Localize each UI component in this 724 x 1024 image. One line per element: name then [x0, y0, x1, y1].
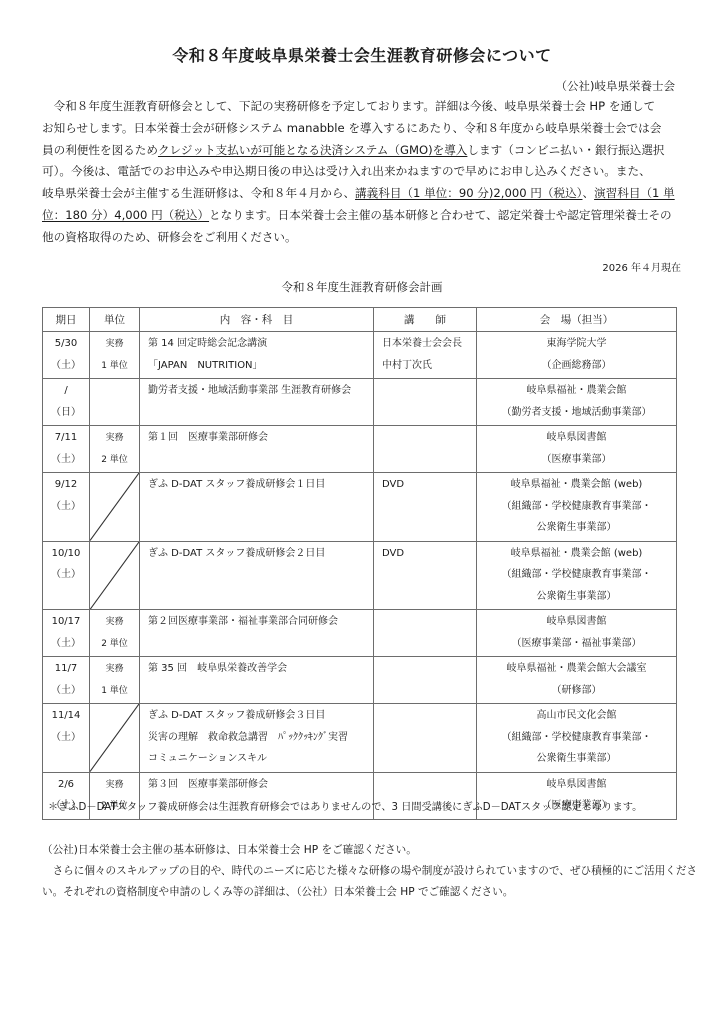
- content-cell: 第 35 回 岐阜県栄養改善学会: [140, 657, 374, 704]
- underlined-text: 演習科目（1 単: [594, 186, 675, 200]
- unit-cell-text: 実務: [90, 613, 139, 635]
- schedule-table: 期日 単位 内 容・科 目 講 師 会 場（担当） 5/30（土）実務1 単位第…: [42, 307, 677, 820]
- diagonal-slash-icon: [90, 473, 139, 541]
- header-date: 期日: [43, 308, 90, 332]
- venue-cell-text: 岐阜県図書館: [477, 613, 676, 635]
- content-cell-text: 第２回医療事業部・福祉事業部合同研修会: [148, 613, 373, 635]
- text-segment: 員の利便性を図るため: [42, 143, 158, 157]
- unit-cell: [90, 379, 140, 426]
- text-segment: となります。日本栄養士会主催の基本研修と合わせて、認定栄養士や認定管理栄養士その: [209, 208, 672, 222]
- intro-line: 岐阜県栄養士会が主催する生涯研修は、令和８年４月から、講義科目（1 単位：90 …: [42, 183, 682, 205]
- venue-cell-text: 公衆衛生事業部）: [477, 750, 676, 772]
- venue-cell: 岐阜県福祉・農業会館（勤労者支援・地域活動事業部）: [477, 379, 677, 426]
- content-cell: 第２回医療事業部・福祉事業部合同研修会: [140, 610, 374, 657]
- content-cell-text: ぎふ D-DAT スタッフ養成研修会３日目: [148, 707, 373, 729]
- closing-line: （公社)日本栄養士会主催の基本研修は、日本栄養士会 HP をご確認ください。: [42, 840, 682, 861]
- venue-cell-text: （医療事業部・福祉事業部）: [477, 635, 676, 657]
- date-cell-text: 10/10: [43, 545, 89, 567]
- lecturer-cell: [374, 379, 477, 426]
- content-cell: ぎふ D-DAT スタッフ養成研修会３日目災害の理解 救命救急講習 ﾊﾟｯｸｸｯ…: [140, 704, 374, 773]
- unit-cell-text: 実務: [90, 429, 139, 451]
- text-segment: 令和８年度生涯教育研修会として、下記の実務研修を予定しております。詳細は今後、岐…: [42, 99, 655, 113]
- lecturer-cell-text: 中村丁次氏: [382, 357, 476, 379]
- table-row: 7/11（土）実務2 単位第１回 医療事業部研修会岐阜県図書館（医療事業部）: [43, 426, 677, 473]
- unit-cell: 実務1 単位: [90, 657, 140, 704]
- lecturer-cell: 日本栄養士会会長中村丁次氏: [374, 332, 477, 379]
- content-cell-text: 第１回 医療事業部研修会: [148, 429, 373, 451]
- table-row: 10/10（土）ぎふ D-DAT スタッフ養成研修会２日目DVD岐阜県福祉・農業…: [43, 541, 677, 610]
- venue-cell-text: 岐阜県図書館: [477, 776, 676, 798]
- lecturer-cell: [374, 657, 477, 704]
- venue-cell-text: （組織部・学校健康教育事業部・: [477, 566, 676, 588]
- intro-line: お知らせします。日本栄養士会が研修システム manabble を導入するにあたり…: [42, 118, 682, 140]
- closing-paragraph: （公社)日本栄養士会主催の基本研修は、日本栄養士会 HP をご確認ください。 さ…: [42, 840, 682, 903]
- venue-cell: 高山市民文化会館（組織部・学校健康教育事業部・公衆衛生事業部）: [477, 704, 677, 773]
- header-content: 内 容・科 目: [140, 308, 374, 332]
- unit-cell-text: 1 単位: [90, 682, 139, 704]
- text-segment: 他の資格取得のため、研修会をご利用ください。: [42, 230, 297, 244]
- date-cell-text: 9/12: [43, 476, 89, 498]
- date-cell: 10/17（土）: [43, 610, 90, 657]
- content-cell-text: 「JAPAN NUTRITION」: [148, 357, 373, 379]
- table-row: /（日）勤労者支援・地域活動事業部 生涯教育研修会岐阜県福祉・農業会館（勤労者支…: [43, 379, 677, 426]
- intro-line: 他の資格取得のため、研修会をご利用ください。: [42, 227, 682, 249]
- unit-cell-text: 実務: [90, 776, 139, 798]
- date-cell-text: 2/6: [43, 776, 89, 798]
- venue-cell: 岐阜県福祉・農業会館 (web)（組織部・学校健康教育事業部・公衆衛生事業部）: [477, 541, 677, 610]
- lecturer-cell-text: 日本栄養士会会長: [382, 335, 476, 357]
- text-segment: お知らせします。日本栄養士会が研修システム manabble を導入するにあたり…: [42, 121, 661, 135]
- content-cell-text: コミュニケーションスキル: [148, 750, 373, 772]
- date-cell: 9/12（土）: [43, 473, 90, 542]
- venue-cell: 岐阜県福祉・農業会館 (web)（組織部・学校健康教育事業部・公衆衛生事業部）: [477, 473, 677, 542]
- venue-cell: 岐阜県図書館（医療事業部・福祉事業部）: [477, 610, 677, 657]
- table-row: 10/17（土）実務2 単位第２回医療事業部・福祉事業部合同研修会岐阜県図書館（…: [43, 610, 677, 657]
- intro-paragraph: 令和８年度生涯教育研修会として、下記の実務研修を予定しております。詳細は今後、岐…: [42, 96, 682, 249]
- venue-cell-text: 岐阜県福祉・農業会館大会議室: [477, 660, 676, 682]
- content-cell: ぎふ D-DAT スタッフ養成研修会２日目: [140, 541, 374, 610]
- venue-cell-text: 岐阜県図書館: [477, 429, 676, 451]
- venue-cell: 岐阜県図書館（医療事業部）: [477, 426, 677, 473]
- closing-line: さらに個々のスキルアップの目的や、時代のニーズに応じた様々な研修の場や制度が設け…: [42, 861, 682, 882]
- intro-line: 可）。今後は、電話でのお申込みや申込期日後の申込は受け入れ出来かねますので早めに…: [42, 161, 682, 183]
- content-cell-text: 勤労者支援・地域活動事業部 生涯教育研修会: [148, 382, 373, 404]
- date-cell-text: （土）: [43, 498, 89, 520]
- table-header-row: 期日 単位 内 容・科 目 講 師 会 場（担当）: [43, 308, 677, 332]
- underlined-text: クレジット支払いが可能となる決済システム（GMO)を導入: [158, 143, 467, 157]
- venue-cell-text: （勤労者支援・地域活動事業部）: [477, 404, 676, 426]
- text-segment: 岐阜県栄養士会が主催する生涯研修は、令和８年４月から、: [42, 186, 355, 200]
- intro-line: 員の利便性を図るためクレジット支払いが可能となる決済システム（GMO)を導入しま…: [42, 140, 682, 162]
- unit-cell-text: 実務: [90, 660, 139, 682]
- venue-cell-text: （研修部）: [477, 682, 676, 704]
- footnote: ＊ぎふD－DATスタッフ養成研修会は生涯教育研修会ではありませんので、3 日間受…: [48, 798, 642, 813]
- venue-cell-text: 公衆衛生事業部）: [477, 588, 676, 610]
- document-title: 令和８年度岐阜県栄養士会生涯教育研修会について: [0, 43, 724, 66]
- lecturer-cell-text: DVD: [382, 476, 476, 498]
- date-cell-text: （土）: [43, 682, 89, 704]
- unit-cell: [90, 541, 140, 610]
- date-cell: /（日）: [43, 379, 90, 426]
- table-title: 令和８年度生涯教育研修会計画: [0, 279, 724, 295]
- content-cell-text: 災害の理解 救命救急講習 ﾊﾟｯｸｸｯｷﾝｸﾞ実習: [148, 729, 373, 751]
- header-venue: 会 場（担当）: [477, 308, 677, 332]
- content-cell: 第１回 医療事業部研修会: [140, 426, 374, 473]
- venue-cell-text: （組織部・学校健康教育事業部・: [477, 729, 676, 751]
- lecturer-cell: [374, 426, 477, 473]
- content-cell: 第 14 回定時総会記念講演「JAPAN NUTRITION」: [140, 332, 374, 379]
- header-unit: 単位: [90, 308, 140, 332]
- venue-cell-text: 岐阜県福祉・農業会館: [477, 382, 676, 404]
- header-lecturer: 講 師: [374, 308, 477, 332]
- venue-cell-text: 岐阜県福祉・農業会館 (web): [477, 545, 676, 567]
- table-row: 5/30（土）実務1 単位第 14 回定時総会記念講演「JAPAN NUTRIT…: [43, 332, 677, 379]
- underlined-text: 位：180 分）4,000 円（税込）: [42, 208, 209, 222]
- table-row: 9/12（土）ぎふ D-DAT スタッフ養成研修会１日目DVD岐阜県福祉・農業会…: [43, 473, 677, 542]
- table-row: 11/7（土）実務1 単位第 35 回 岐阜県栄養改善学会岐阜県福祉・農業会館大…: [43, 657, 677, 704]
- date-cell-text: /: [43, 382, 89, 404]
- unit-cell: [90, 704, 140, 773]
- lecturer-cell: DVD: [374, 473, 477, 542]
- content-cell-text: 第 14 回定時総会記念講演: [148, 335, 373, 357]
- venue-cell-text: 公衆衛生事業部）: [477, 519, 676, 541]
- diagonal-slash-icon: [90, 704, 139, 772]
- lecturer-cell: [374, 704, 477, 773]
- unit-cell-text: 2 単位: [90, 635, 139, 657]
- venue-cell-text: （組織部・学校健康教育事業部・: [477, 498, 676, 520]
- intro-line: 位：180 分）4,000 円（税込）となります。日本栄養士会主催の基本研修と合…: [42, 205, 682, 227]
- date-cell: 11/7（土）: [43, 657, 90, 704]
- venue-cell-text: 東海学院大学: [477, 335, 676, 357]
- content-cell: ぎふ D-DAT スタッフ養成研修会１日目: [140, 473, 374, 542]
- date-cell-text: 11/7: [43, 660, 89, 682]
- unit-cell-text: 1 単位: [90, 357, 139, 379]
- content-cell-text: ぎふ D-DAT スタッフ養成研修会１日目: [148, 476, 373, 498]
- date-cell-text: 7/11: [43, 429, 89, 451]
- unit-cell: 実務1 単位: [90, 332, 140, 379]
- closing-line: い。それぞれの資格制度や申請のしくみ等の詳細は、（公社）日本栄養士会 HP でご…: [42, 882, 682, 903]
- venue-cell: 岐阜県福祉・農業会館大会議室（研修部）: [477, 657, 677, 704]
- date-cell: 10/10（土）: [43, 541, 90, 610]
- lecturer-cell: DVD: [374, 541, 477, 610]
- date-cell-text: （日）: [43, 404, 89, 426]
- text-segment: 、: [582, 186, 594, 200]
- venue-cell-text: （企画総務部）: [477, 357, 676, 379]
- content-cell-text: 第３回 医療事業部研修会: [148, 776, 373, 798]
- venue-cell-text: 高山市民文化会館: [477, 707, 676, 729]
- date-cell-text: 10/17: [43, 613, 89, 635]
- as-of-date: 2026 年４月現在: [602, 259, 681, 274]
- diagonal-slash-icon: [90, 542, 139, 610]
- date-cell-text: （土）: [43, 451, 89, 473]
- lecturer-cell-text: DVD: [382, 545, 476, 567]
- organization-name: （公社)岐阜県栄養士会: [556, 78, 676, 94]
- date-cell-text: （土）: [43, 357, 89, 379]
- date-cell: 5/30（土）: [43, 332, 90, 379]
- unit-cell: 実務2 単位: [90, 426, 140, 473]
- date-cell-text: （土）: [43, 729, 89, 751]
- date-cell-text: （土）: [43, 566, 89, 588]
- venue-cell: 東海学院大学（企画総務部）: [477, 332, 677, 379]
- date-cell-text: （土）: [43, 635, 89, 657]
- date-cell: 11/14（土）: [43, 704, 90, 773]
- unit-cell: 実務2 単位: [90, 610, 140, 657]
- venue-cell-text: 岐阜県福祉・農業会館 (web): [477, 476, 676, 498]
- content-cell: 勤労者支援・地域活動事業部 生涯教育研修会: [140, 379, 374, 426]
- unit-cell-text: 2 単位: [90, 451, 139, 473]
- lecturer-cell: [374, 610, 477, 657]
- unit-cell-text: 実務: [90, 335, 139, 357]
- date-cell: 7/11（土）: [43, 426, 90, 473]
- intro-line: 令和８年度生涯教育研修会として、下記の実務研修を予定しております。詳細は今後、岐…: [42, 96, 682, 118]
- date-cell-text: 5/30: [43, 335, 89, 357]
- table-row: 11/14（土）ぎふ D-DAT スタッフ養成研修会３日目災害の理解 救命救急講…: [43, 704, 677, 773]
- text-segment: します（コンビニ払い・銀行振込選択: [467, 143, 664, 157]
- content-cell-text: ぎふ D-DAT スタッフ養成研修会２日目: [148, 545, 373, 567]
- unit-cell: [90, 473, 140, 542]
- content-cell-text: 第 35 回 岐阜県栄養改善学会: [148, 660, 373, 682]
- venue-cell-text: （医療事業部）: [477, 451, 676, 473]
- date-cell-text: 11/14: [43, 707, 89, 729]
- underlined-text: 講義科目（1 単位：90 分)2,000 円（税込）: [355, 186, 582, 200]
- text-segment: 可）。今後は、電話でのお申込みや申込期日後の申込は受け入れ出来かねますので早めに…: [42, 164, 651, 178]
